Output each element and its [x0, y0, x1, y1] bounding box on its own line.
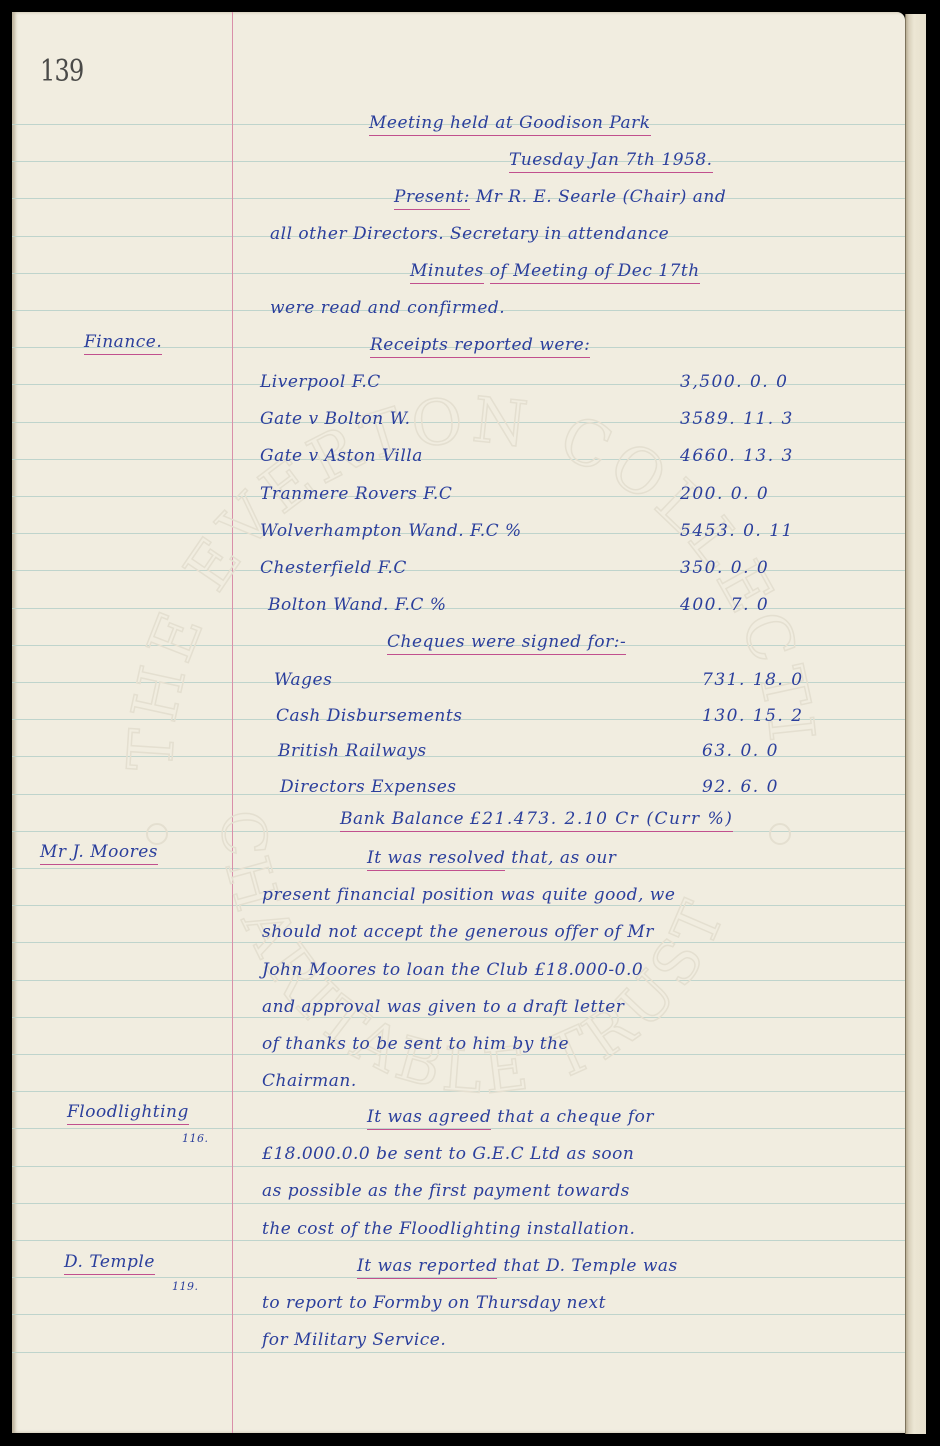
- minutes-confirmed: were read and confirmed.: [270, 298, 505, 318]
- receipt-label: Gate v Aston Villa: [260, 446, 423, 466]
- paragraph-line: It was reported that D. Temple was: [357, 1256, 678, 1276]
- attendance-line: all other Directors. Secretary in attend…: [270, 224, 669, 244]
- underlined-phrase: It was reported: [357, 1256, 497, 1279]
- margin-ref-floodlighting: 116.: [182, 1132, 209, 1145]
- margin-ref-temple: 119.: [172, 1280, 199, 1293]
- margin-note-finance: Finance.: [84, 332, 162, 355]
- ruled-line: [12, 1091, 905, 1092]
- ruled-line: [12, 1203, 905, 1204]
- cheque-label: Cash Disbursements: [276, 706, 462, 726]
- ruled-line: [12, 942, 905, 943]
- cheque-label: Wages: [274, 670, 332, 690]
- paragraph-line: Chairman.: [262, 1071, 357, 1091]
- cheques-heading: Cheques were signed for:-: [387, 632, 626, 655]
- ruled-line: [12, 1352, 905, 1353]
- paragraph-line: present financial position was quite goo…: [262, 885, 675, 905]
- page-edge: [905, 14, 926, 1434]
- paragraph-line: John Moores to loan the Club £18.000-0.0: [262, 960, 643, 980]
- ledger-page: THE EVERTON COLLECTION CHARITABLE TRUST …: [12, 12, 905, 1433]
- paragraph-line: as possible as the first payment towards: [262, 1181, 630, 1201]
- receipt-amount: 5453. 0. 11: [680, 521, 794, 541]
- underlined-phrase: It was agreed: [367, 1107, 491, 1130]
- cheque-label: British Railways: [278, 741, 427, 761]
- ruled-line: [12, 161, 905, 162]
- paragraph-line: £18.000.0.0 be sent to G.E.C Ltd as soon: [262, 1144, 634, 1164]
- cheque-amount: 92. 6. 0: [702, 777, 779, 797]
- meeting-title: Meeting held at Goodison Park: [369, 113, 651, 136]
- bank-balance-value: £21.473. 2.10 Cr (Curr %): [470, 809, 733, 829]
- ruled-line: [12, 496, 905, 497]
- margin-note-moores: Mr J. Moores: [40, 842, 158, 865]
- cheque-amount: 130. 15. 2: [702, 706, 804, 726]
- margin-note-temple: D. Temple: [64, 1252, 155, 1275]
- cheque-amount: 63. 0. 0: [702, 741, 779, 761]
- receipt-label: Bolton Wand. F.C %: [268, 595, 446, 615]
- meeting-date: Tuesday Jan 7th 1958.: [509, 150, 713, 173]
- ruled-line: [12, 905, 905, 906]
- ruled-line: [12, 570, 905, 571]
- minutes-text: of Meeting of Dec 17th: [490, 261, 700, 284]
- receipt-amount: 4660. 13. 3: [680, 446, 794, 466]
- ruled-line: [12, 1166, 905, 1167]
- cheque-label: Directors Expenses: [280, 777, 457, 797]
- ruled-line: [12, 980, 905, 981]
- paragraph-line: the cost of the Floodlighting installati…: [262, 1219, 635, 1239]
- receipt-label: Gate v Bolton W.: [260, 409, 411, 429]
- ruled-line: [12, 1054, 905, 1055]
- paragraph-line: should not accept the generous offer of …: [262, 922, 654, 942]
- receipts-heading: Receipts reported were:: [370, 335, 590, 358]
- ruled-line: [12, 1240, 905, 1241]
- receipt-amount: 350. 0. 0: [680, 558, 769, 578]
- margin-line: [232, 12, 233, 1433]
- receipt-label: Tranmere Rovers F.C: [260, 484, 452, 504]
- receipt-amount: 3,500. 0. 0: [680, 372, 788, 392]
- paragraph-line: to report to Formby on Thursday next: [262, 1293, 606, 1313]
- present-label: Present:: [394, 187, 470, 210]
- minutes-label: Minutes: [410, 261, 484, 284]
- receipt-label: Wolverhampton Wand. F.C %: [260, 521, 522, 541]
- margin-note-floodlighting: Floodlighting: [67, 1102, 189, 1125]
- paragraph-line: It was resolved that, as our: [367, 848, 616, 868]
- paragraph-line: It was agreed that a cheque for: [367, 1107, 654, 1127]
- bank-balance: Bank Balance £21.473. 2.10 Cr (Curr %): [340, 809, 733, 832]
- present-text: Mr R. E. Searle (Chair) and: [476, 187, 726, 207]
- underlined-phrase: It was resolved: [367, 848, 505, 871]
- receipt-amount: 200. 0. 0: [680, 484, 769, 504]
- receipt-label: Chesterfield F.C: [260, 558, 407, 578]
- receipt-amount: 400. 7. 0: [680, 595, 769, 615]
- receipt-label: Liverpool F.C: [260, 372, 381, 392]
- ruled-line: [12, 608, 905, 609]
- paragraph-line: of thanks to be sent to him by the: [262, 1034, 569, 1054]
- paragraph-line: and approval was given to a draft letter: [262, 997, 624, 1017]
- paragraph-line: for Military Service.: [262, 1330, 446, 1350]
- bank-balance-label: Bank Balance: [340, 809, 464, 829]
- ruled-line: [12, 1017, 905, 1018]
- receipt-amount: 3589. 11. 3: [680, 409, 794, 429]
- present-line: Present: Mr R. E. Searle (Chair) and: [394, 187, 726, 207]
- cheque-amount: 731. 18. 0: [702, 670, 804, 690]
- page-number: 139: [40, 54, 83, 89]
- ruled-line: [12, 1314, 905, 1315]
- minutes-line: Minutes of Meeting of Dec 17th: [410, 261, 700, 281]
